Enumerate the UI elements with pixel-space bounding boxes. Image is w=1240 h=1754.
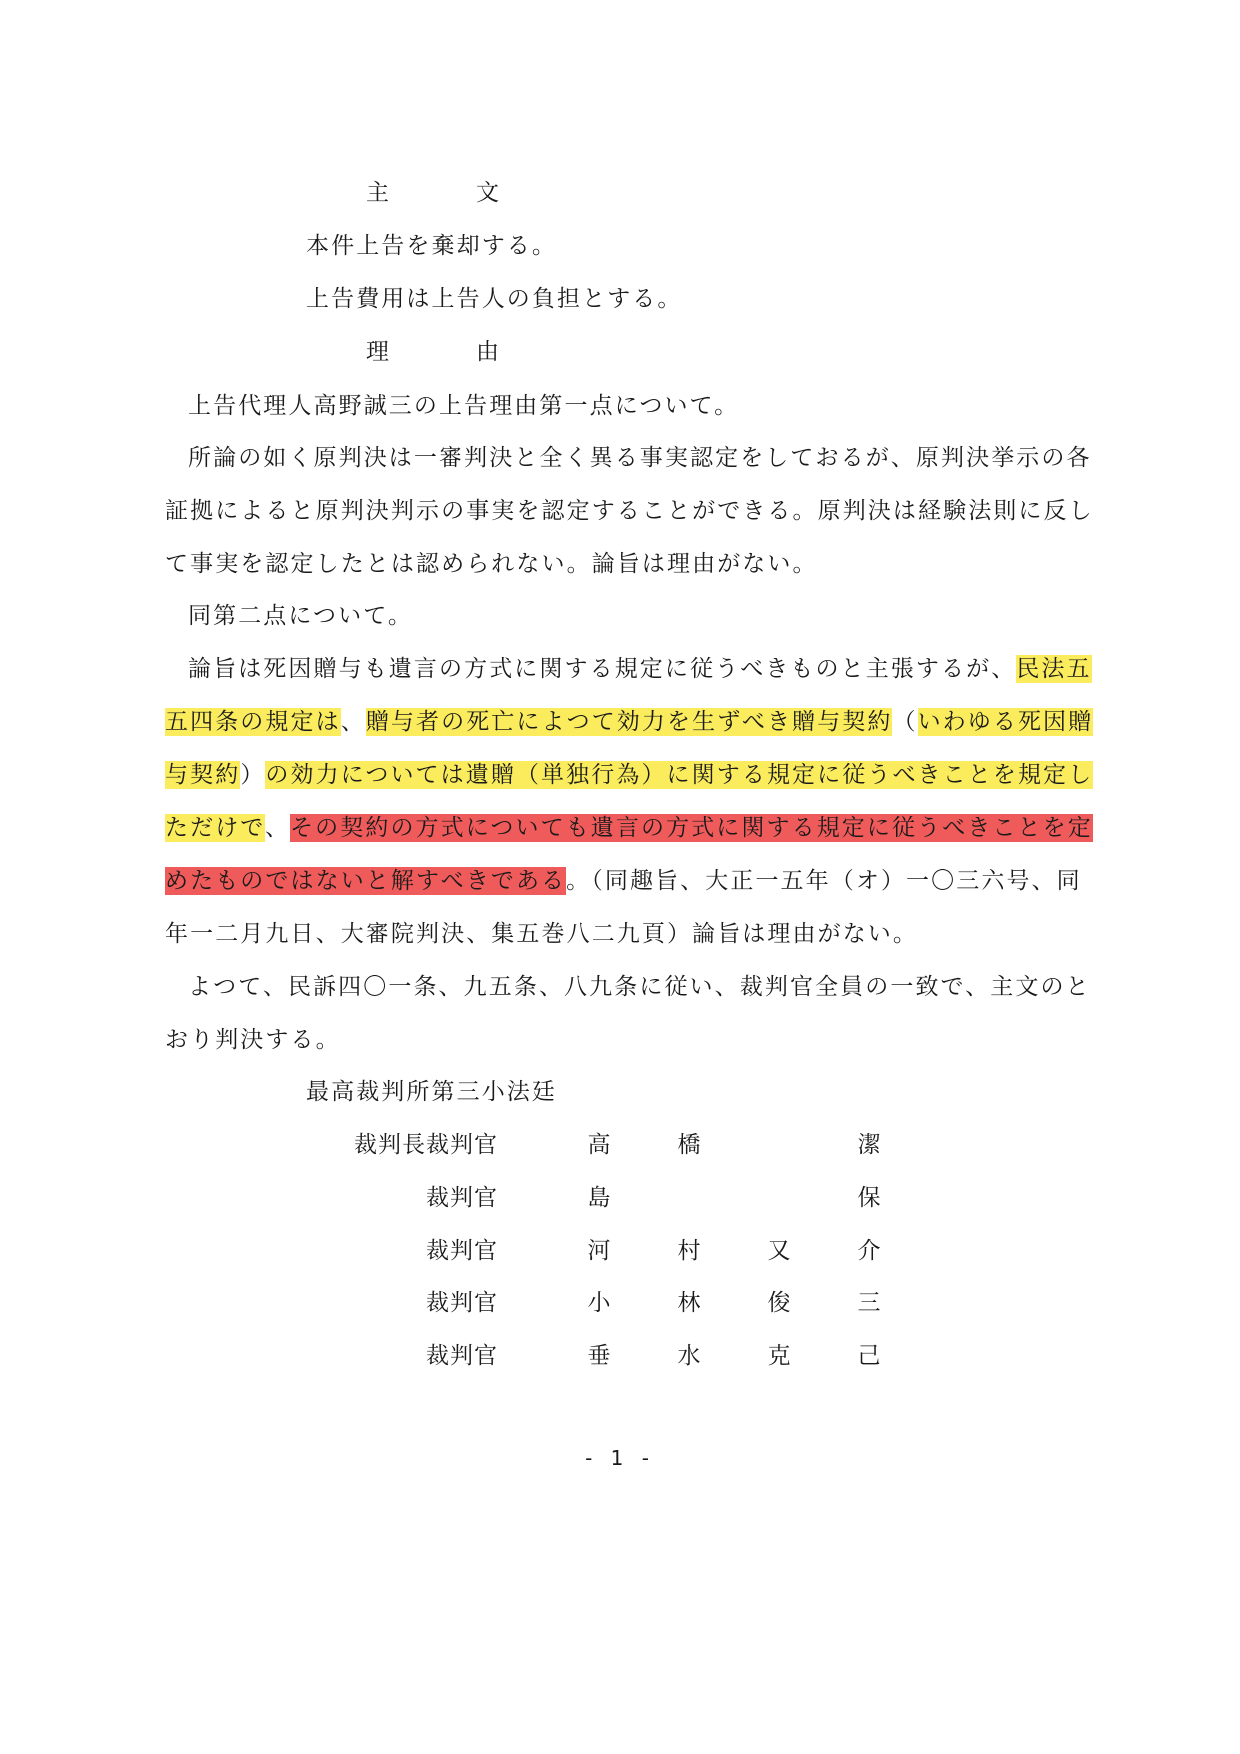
text-plain: 論旨は死因贈与も遺言の方式に関する規定に従うべきものと主張するが、 xyxy=(188,656,1016,682)
paragraph-4-line-4: ただけで、その契約の方式についても遺言の方式に関する規定に従うべきことを定 xyxy=(165,813,995,843)
court-name: 最高裁判所第三小法廷 xyxy=(306,1077,1136,1107)
judge-name-char: 己 xyxy=(854,1341,884,1371)
judge-name-char: 俊 xyxy=(764,1288,794,1318)
main-text-line-1: 本件上告を棄却する。 xyxy=(306,231,1136,261)
heading-shubun-1: 主 xyxy=(366,178,389,208)
judge-row-2: 裁判官 島 保 xyxy=(0,1183,1240,1213)
judge-name-char: 林 xyxy=(674,1288,704,1318)
judge-row-4: 裁判官 小 林 俊 三 xyxy=(0,1288,1240,1318)
text-plain: 、 xyxy=(341,709,366,735)
judge-title: 裁判官 xyxy=(338,1341,498,1371)
paragraph-2-line-3: て事実を認定したとは認められない。論旨は理由がない。 xyxy=(165,549,995,579)
paragraph-2-line-2: 証拠によると原判決判示の事実を認定することができる。原判決は経験法則に反し xyxy=(165,496,995,526)
judge-name-char: 三 xyxy=(854,1288,884,1318)
judge-name-char: 高 xyxy=(584,1130,614,1160)
yellow-highlight: いわゆる死因贈 xyxy=(918,708,1094,736)
yellow-highlight: の効力については遺贈（単独行為）に関する規定に従うべきことを規定し xyxy=(265,761,1093,789)
judge-name-char: 介 xyxy=(854,1236,884,1266)
yellow-highlight: 贈与者の死亡によつて効力を生ずべき贈与契約 xyxy=(366,708,893,736)
judge-name-char: 潔 xyxy=(854,1130,884,1160)
text-plain: 、 xyxy=(265,815,290,841)
red-highlight: めたものではないと解すべきである xyxy=(165,867,566,895)
heading-shubun-2: 文 xyxy=(476,178,499,208)
judge-title: 裁判官 xyxy=(338,1236,498,1266)
paragraph-ground-1-heading: 上告代理人高野誠三の上告理由第一点について。 xyxy=(188,391,1018,421)
paragraph-ground-2-heading: 同第二点について。 xyxy=(188,601,1018,631)
judge-name-char: 村 xyxy=(674,1236,704,1266)
judge-name-char: 小 xyxy=(584,1288,614,1318)
judge-title: 裁判官 xyxy=(338,1288,498,1318)
judge-title: 裁判官 xyxy=(338,1183,498,1213)
judge-title: 裁判長裁判官 xyxy=(338,1130,498,1160)
judge-name-char: 水 xyxy=(674,1341,704,1371)
paragraph-4-line-2: 五四条の規定は、贈与者の死亡によつて効力を生ずべき贈与契約（いわゆる死因贈 xyxy=(165,707,995,737)
yellow-highlight: 民法五 xyxy=(1016,655,1091,683)
judge-name-char: 垂 xyxy=(584,1341,614,1371)
yellow-highlight: ただけで xyxy=(165,814,265,842)
judge-name-char: 克 xyxy=(764,1341,794,1371)
main-text-line-2: 上告費用は上告人の負担とする。 xyxy=(306,284,1136,314)
yellow-highlight: 与契約 xyxy=(165,761,240,789)
judge-row-1: 裁判長裁判官 高 橋 潔 xyxy=(0,1130,1240,1160)
judge-name-char: 島 xyxy=(584,1183,614,1213)
judge-name-char: 又 xyxy=(764,1236,794,1266)
judge-row-5: 裁判官 垂 水 克 己 xyxy=(0,1341,1240,1371)
judge-name-char: 河 xyxy=(584,1236,614,1266)
red-highlight: その契約の方式についても遺言の方式に関する規定に従うべきことを定 xyxy=(290,814,1093,842)
judge-name-char: 保 xyxy=(854,1183,884,1213)
text-plain: （ xyxy=(892,709,917,735)
heading-riyu-1: 理 xyxy=(366,337,389,367)
page-number: - 1 - xyxy=(0,1446,1240,1470)
paragraph-4-line-6: 年一二月九日、大審院判決、集五巻八二九頁）論旨は理由がない。 xyxy=(165,919,995,949)
yellow-highlight: 五四条の規定は xyxy=(165,708,341,736)
text-plain: 。（同趣旨、大正一五年（オ）一〇三六号、同 xyxy=(566,868,1082,894)
judge-row-3: 裁判官 河 村 又 介 xyxy=(0,1236,1240,1266)
paragraph-4-line-1: 論旨は死因贈与も遺言の方式に関する規定に従うべきものと主張するが、民法五 xyxy=(188,654,1018,684)
paragraph-5-line-1: よつて、民訴四〇一条、九五条、八九条に従い、裁判官全員の一致で、主文のと xyxy=(188,972,1018,1002)
paragraph-4-line-3: 与契約）の効力については遺贈（単独行為）に関する規定に従うべきことを規定し xyxy=(165,760,995,790)
document-page: 主 文 本件上告を棄却する。 上告費用は上告人の負担とする。 理 由 上告代理人… xyxy=(0,0,1240,1754)
paragraph-4-line-5: めたものではないと解すべきである。（同趣旨、大正一五年（オ）一〇三六号、同 xyxy=(165,866,995,896)
paragraph-2-line-1: 所論の如く原判決は一審判決と全く異る事実認定をしておるが、原判決挙示の各 xyxy=(188,443,1018,473)
heading-riyu-2: 由 xyxy=(476,337,499,367)
text-plain: ） xyxy=(240,762,265,788)
paragraph-5-line-2: おり判決する。 xyxy=(165,1025,995,1055)
judge-name-char: 橋 xyxy=(674,1130,704,1160)
